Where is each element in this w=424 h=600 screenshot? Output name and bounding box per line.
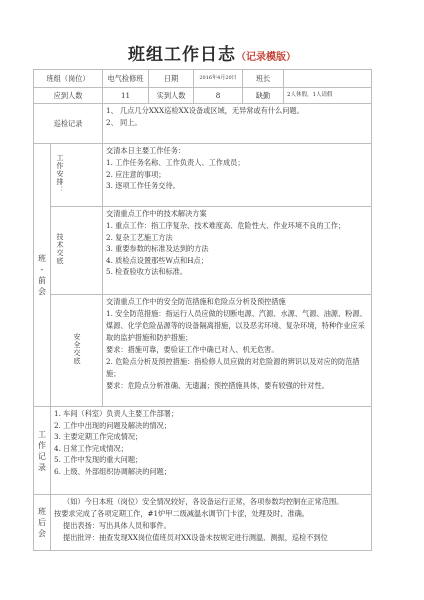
tech-briefing-item: 1. 重点工作：指工序复杂、技术难度高、危险性大、作业环境不良的工作； (106, 220, 368, 232)
actual-count-label: 实到人数 (149, 88, 194, 104)
tech-briefing-item: 4. 质检点设置那些W点和H点； (106, 255, 368, 267)
actual-count-value: 8 (194, 88, 243, 104)
inspection-label: 巡检记录 (34, 104, 103, 144)
safety-briefing-requirement-2: 要求：危险点分析准确、无遗漏；预控措施具体，要有较强的针对性。 (106, 380, 368, 392)
work-record-item: 1. 车间（科室）负责人主要工作部署； (54, 408, 368, 420)
safety-briefing-item-1: 1. 安全防范措施：指运行人员应做的切断电源、汽源、水源、气源、油源、粉源、煤源… (106, 308, 368, 344)
work-record-item: 6. 上级、外部组织协调解决的问题； (54, 466, 368, 478)
safety-briefing-item-2: 2. 危险点分析及预控措施：指检修人员应做的对危险源的辨识以及对应的防范措施； (106, 356, 368, 380)
tech-briefing-item: 2. 复杂工艺施工方法 (106, 232, 368, 244)
inspection-item: 1、 几点几分XXX巡检XX设备或区域，无异常或有什么问题。 (106, 105, 368, 117)
work-record-item: 2. 工作中出现的问题及解决的情况； (54, 420, 368, 432)
post-shift-line: 提出表扬：写出具体人员和事件。 (54, 520, 368, 532)
work-record-label: 工 作 记 录 (34, 407, 51, 495)
team-value: 电气检修班 (103, 70, 149, 88)
work-arrangement-item: 1. 工作任务名称、工作负责人、工作成员； (106, 157, 368, 169)
work-arrangement-label: 工作安排： (51, 144, 103, 207)
expected-count-value: 11 (103, 88, 149, 104)
tech-briefing-intro: 交清重点工作中的技术解决方案 (106, 208, 368, 220)
tech-briefing-item: 3. 重要参数的标准及达到的方法 (106, 243, 368, 255)
tech-briefing-item: 5. 检查验收方法和标准。 (106, 266, 368, 278)
document-header: 班组工作日志（记录模版） (0, 40, 424, 65)
work-record-item: 5. 工作中发现的重大问题； (54, 454, 368, 466)
inspection-content: 1、 几点几分XXX巡检XX设备或区域，无异常或有什么问题。 2、 同上。 (103, 104, 372, 144)
leader-value (284, 70, 372, 88)
header-row-2: 应到人数 11 实到人数 8 缺勤 2人休假，1人请假 (34, 88, 372, 104)
post-shift-meeting-label: 班 后 会 (34, 495, 51, 551)
safety-briefing-intro: 交清重点工作中的安全防范措施和危险点分析及预控措施 (106, 296, 368, 308)
work-record-content: 1. 车间（科室）负责人主要工作部署； 2. 工作中出现的问题及解决的情况； 3… (51, 407, 372, 495)
date-value: 2016年4月20日 (194, 70, 243, 88)
inspection-item: 2、 同上。 (106, 117, 368, 129)
pre-shift-meeting-label: 班 - 前 会 (34, 144, 51, 407)
leader-label: 班长 (243, 70, 284, 88)
work-record-item: 3. 主要定期工作完成情况； (54, 431, 368, 443)
team-label: 班组（岗位） (34, 70, 103, 88)
work-arrangement-row: 班 - 前 会 工作安排： 交清本日主要工作任务： 1. 工作任务名称、工作负责… (34, 144, 372, 207)
work-log-table: 班组（岗位） 电气检修班 日期 2016年4月20日 班长 应到人数 11 实到… (33, 69, 372, 551)
work-record-item: 4. 日常工作完成情况； (54, 443, 368, 455)
post-shift-line: （如）今日本班（岗位）安全情况较好，各设备运行正常，各项参数均控制在正常范围。 (54, 496, 368, 508)
tech-briefing-row: 技术交底 交清重点工作中的技术解决方案 1. 重点工作：指工序复杂、技术难度高、… (34, 207, 372, 295)
work-arrangement-intro: 交清本日主要工作任务： (106, 145, 368, 157)
safety-briefing-label: 安全交底 (51, 295, 103, 407)
document-title: 班组工作日志 (128, 45, 236, 65)
safety-briefing-requirement-1: 要求：措施可靠，要验证工作中确已对人、机无危害。 (106, 344, 368, 356)
absent-label: 缺勤 (243, 88, 284, 104)
work-arrangement-item: 3. 逐项工作任务交待。 (106, 180, 368, 192)
post-shift-line: 按要求完成了各项定期工作，#1炉甲二级减温水调节门卡涩，处理及时、准确。 (54, 508, 368, 520)
document-subtitle: （记录模版） (236, 52, 296, 63)
work-arrangement-item: 2. 应注意的事项； (106, 169, 368, 181)
header-row-1: 班组（岗位） 电气检修班 日期 2016年4月20日 班长 (34, 70, 372, 88)
tech-briefing-label: 技术交底 (51, 207, 103, 295)
post-shift-content: （如）今日本班（岗位）安全情况较好，各设备运行正常，各项参数均控制在正常范围。 … (51, 495, 372, 551)
safety-briefing-content: 交清重点工作中的安全防范措施和危险点分析及预控措施 1. 安全防范措施：指运行人… (103, 295, 372, 407)
tech-briefing-content: 交清重点工作中的技术解决方案 1. 重点工作：指工序复杂、技术难度高、危险性大、… (103, 207, 372, 295)
work-record-row: 工 作 记 录 1. 车间（科室）负责人主要工作部署； 2. 工作中出现的问题及… (34, 407, 372, 495)
safety-briefing-row: 安全交底 交清重点工作中的安全防范措施和危险点分析及预控措施 1. 安全防范措施… (34, 295, 372, 407)
date-label: 日期 (149, 70, 194, 88)
post-shift-row: 班 后 会 （如）今日本班（岗位）安全情况较好，各设备运行正常，各项参数均控制在… (34, 495, 372, 551)
absent-value: 2人休假，1人请假 (284, 88, 372, 104)
post-shift-line: 提出批评：抽查发现XX岗位值班员对XX设备未按规定进行测温、测振，巡检不到位 (54, 532, 368, 544)
expected-count-label: 应到人数 (34, 88, 103, 104)
inspection-row: 巡检记录 1、 几点几分XXX巡检XX设备或区域，无异常或有什么问题。 2、 同… (34, 104, 372, 144)
work-arrangement-content: 交清本日主要工作任务： 1. 工作任务名称、工作负责人、工作成员； 2. 应注意… (103, 144, 372, 207)
